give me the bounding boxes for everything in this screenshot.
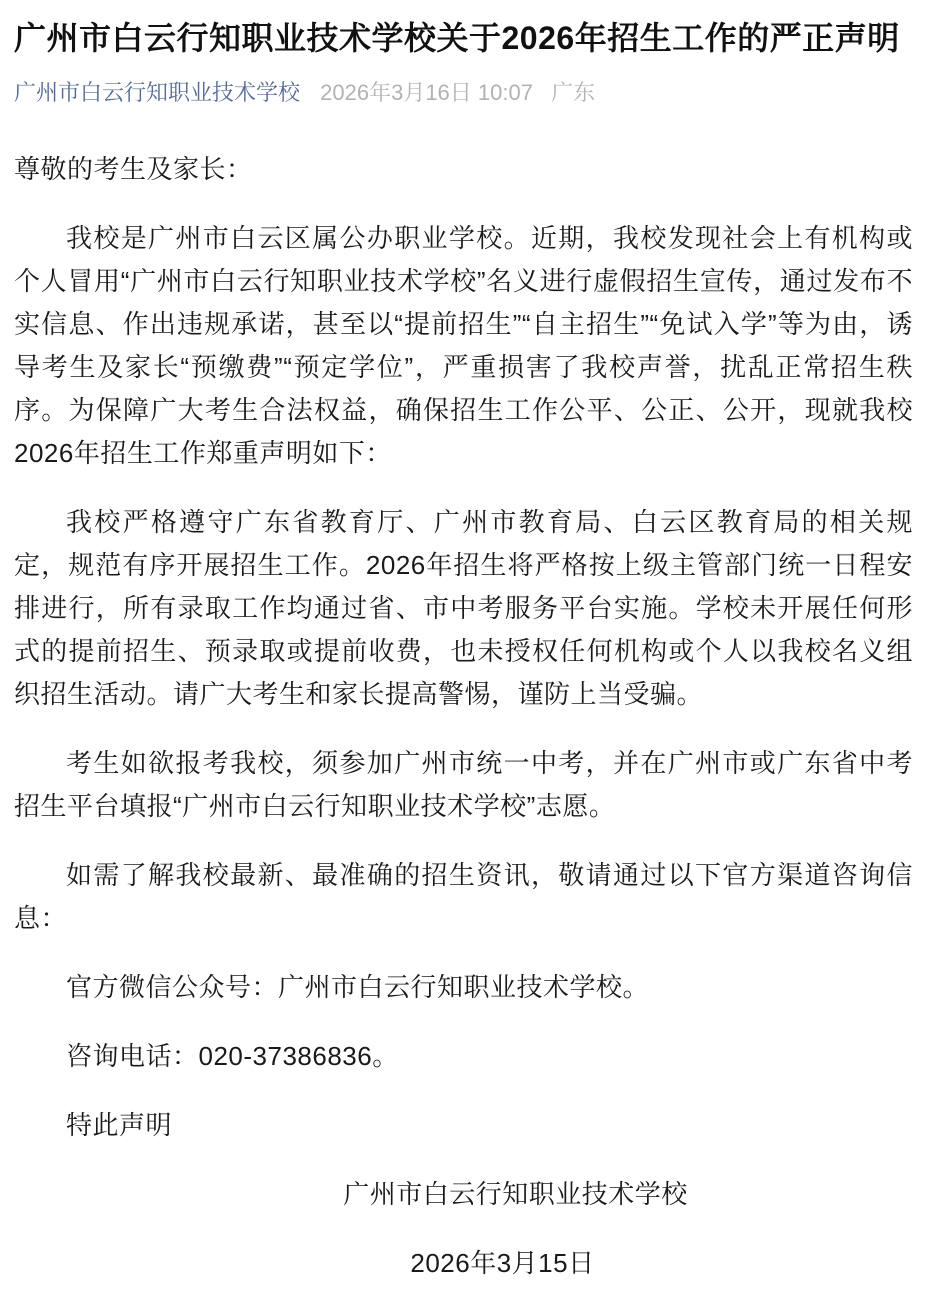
paragraph-application-instructions: 考生如欲报考我校，须参加广州市统一中考，并在广州市或广东省中考招生平台填报“广州… <box>14 742 913 828</box>
article-title: 广州市白云行知职业技术学校关于2026年招生工作的严正声明 <box>14 16 913 61</box>
signature-school-name: 广州市白云行知职业技术学校 <box>14 1173 913 1216</box>
closing-statement: 特此声明 <box>14 1104 913 1147</box>
publish-datetime: 2026年3月16日 10:07 <box>320 80 533 105</box>
paragraph-official-channels-intro: 如需了解我校最新、最准确的招生资讯，敬请通过以下官方渠道咨询信息： <box>14 854 913 940</box>
salutation: 尊敬的考生及家长： <box>14 148 913 191</box>
article-body: 尊敬的考生及家长： 我校是广州市白云区属公办职业学校。近期，我校发现社会上有机构… <box>14 148 913 1285</box>
article-meta: 广州市白云行知职业技术学校 2026年3月16日 10:07 广东 <box>14 78 913 108</box>
publish-location: 广东 <box>551 80 595 105</box>
article: 广州市白云行知职业技术学校关于2026年招生工作的严正声明 广州市白云行知职业技… <box>0 0 928 1295</box>
paragraph-phone-number: 咨询电话：020-37386836。 <box>14 1035 913 1078</box>
paragraph-impersonation-warning: 我校是广州市白云区属公办职业学校。近期，我校发现社会上有机构或个人冒用“广州市白… <box>14 217 913 475</box>
paragraph-enrollment-policy: 我校严格遵守广东省教育厅、广州市教育局、白云区教育局的相关规定，规范有序开展招生… <box>14 501 913 716</box>
signature-date: 2026年3月15日 <box>14 1242 913 1285</box>
paragraph-wechat-account: 官方微信公众号：广州市白云行知职业技术学校。 <box>14 966 913 1009</box>
account-name-link[interactable]: 广州市白云行知职业技术学校 <box>14 80 300 105</box>
